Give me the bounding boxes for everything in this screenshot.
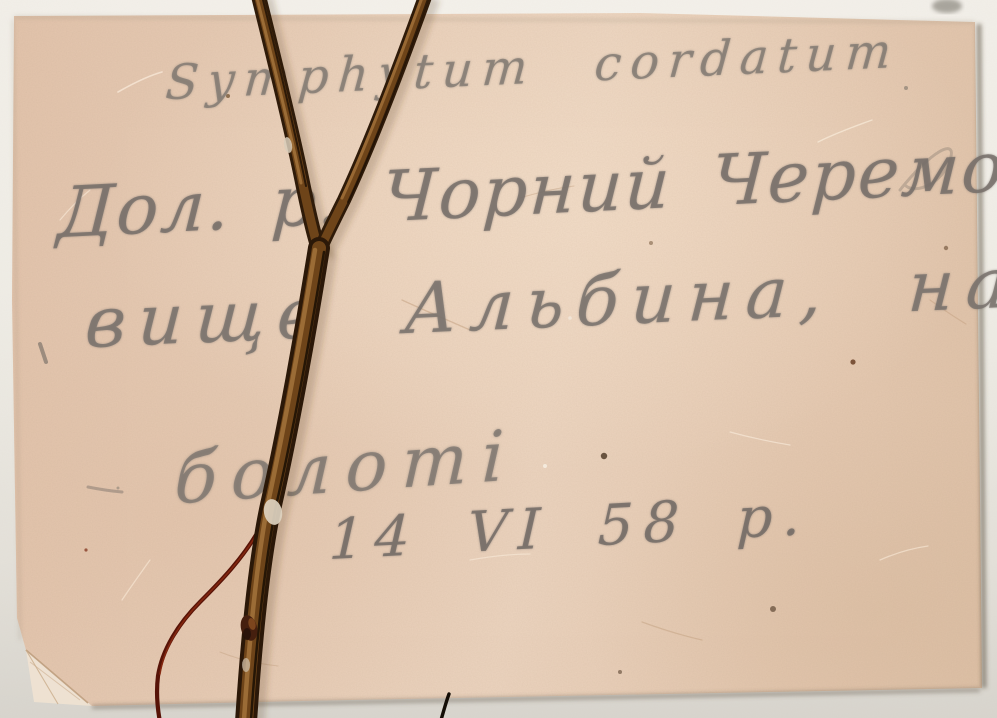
stem-right-branch <box>319 0 429 252</box>
specimen-photo: Symphytum cordatum Дол. р. Чорний Черемо… <box>0 0 997 718</box>
plant-overlay <box>0 0 997 718</box>
rootlet <box>441 694 449 718</box>
stem-main <box>244 248 324 718</box>
stem-left-branch <box>256 0 319 250</box>
